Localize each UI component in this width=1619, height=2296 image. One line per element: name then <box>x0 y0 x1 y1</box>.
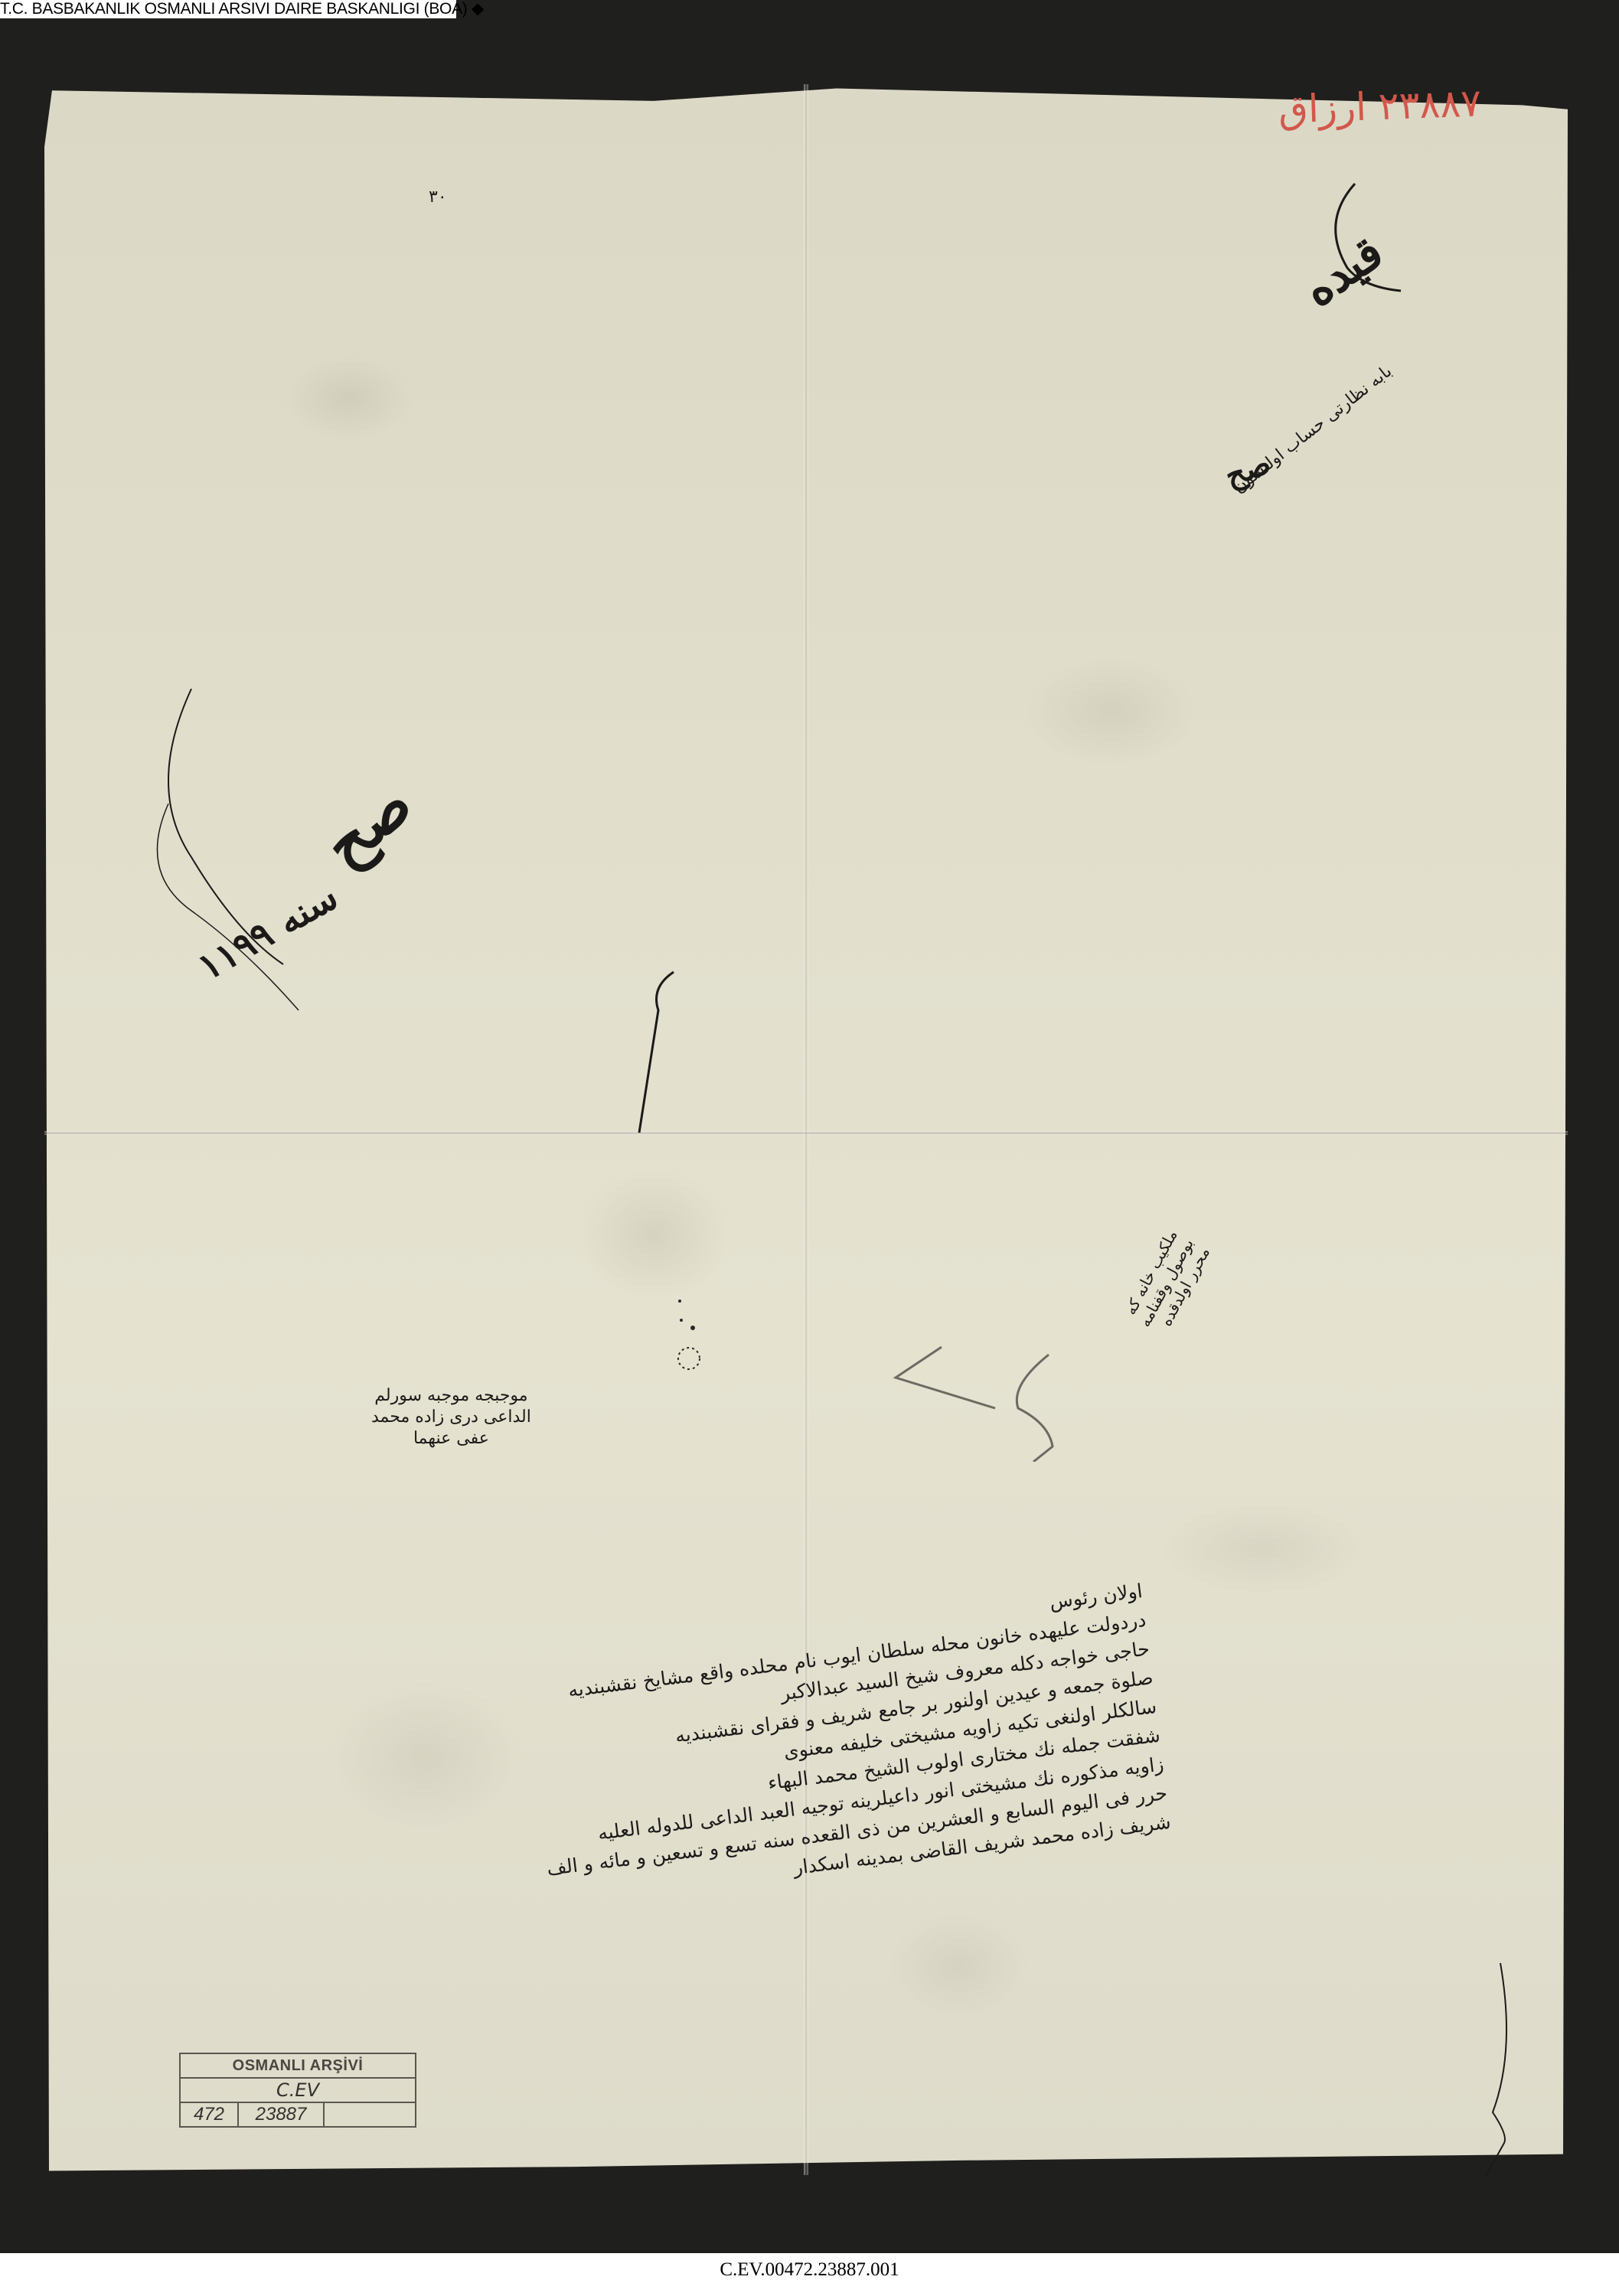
stamp-title-row: OSMANLI ARŞİVİ <box>181 2054 415 2079</box>
stamp-title: OSMANLI ARŞİVİ <box>233 2057 364 2075</box>
seal-note-line: موجبجه موجبه سورلم <box>371 1385 531 1407</box>
seal-note: موجبجه موجبه سورلم الداعی دری زاده محمد … <box>371 1385 531 1450</box>
reference-code: C.EV.00472.23887.001 <box>0 2253 1619 2296</box>
institution-banner: T.C. BASBAKANLIK OSMANLI ARSIVI DAIRE BA… <box>0 0 456 18</box>
page-mark: ٣٠ <box>429 188 447 207</box>
stamp-blank-cell <box>325 2103 415 2126</box>
archive-stamp: OSMANLI ARŞİVİ C.EV 472 23887 <box>179 2053 416 2128</box>
horizontal-fold-line <box>44 1131 1568 1135</box>
pencil-mark-icon <box>880 1339 1064 1462</box>
stamp-fond: C.EV <box>276 2079 319 2101</box>
stamp-dossier: 472 <box>181 2103 239 2126</box>
red-catalog-note: ٢٣٨٨٧ ارزاق <box>1278 80 1482 132</box>
stamp-shirt: 23887 <box>239 2103 325 2126</box>
pen-stroke-icon <box>1470 1959 1531 2181</box>
stamp-fond-row: C.EV <box>181 2079 415 2103</box>
stamp-number-row: 472 23887 <box>181 2103 415 2126</box>
pen-stroke-icon <box>628 964 689 1140</box>
seal-note-line: عفی عنهما <box>371 1428 531 1450</box>
faded-seal-icon <box>666 1286 712 1378</box>
seal-note-line: الداعی دری زاده محمد <box>371 1407 531 1428</box>
